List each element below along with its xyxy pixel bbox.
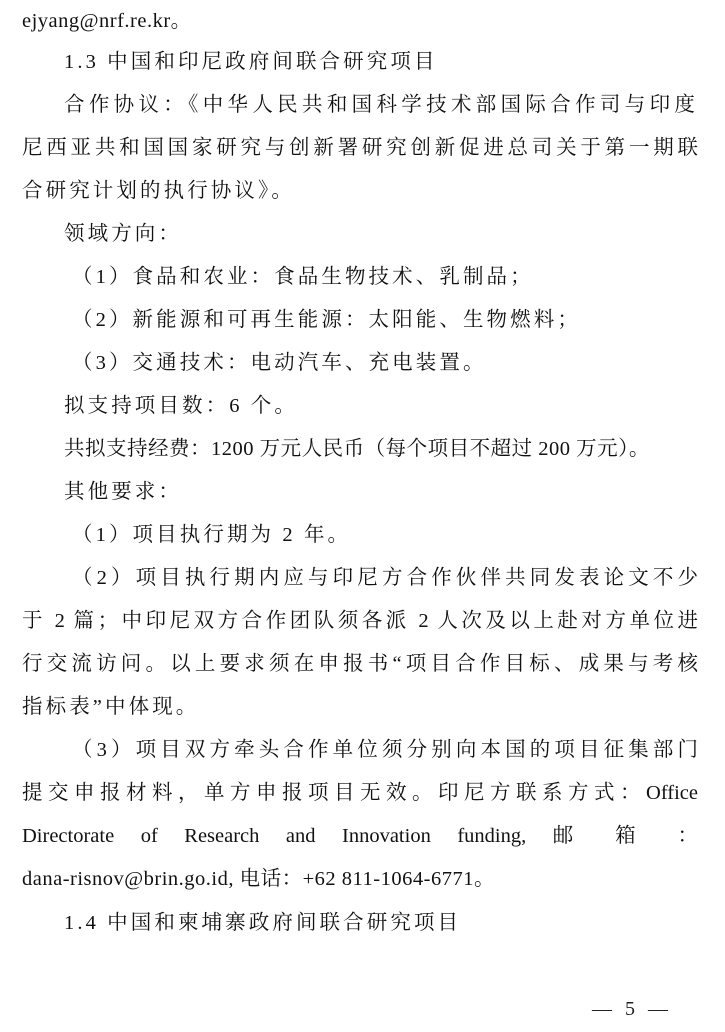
field-item-3: （3）交通技术：电动汽车、充电装置。 — [72, 342, 487, 385]
requirement-item-2-line-2: 于 2 篇；中印尼双方合作团队须各派 2 人次及以上赴对方单位进 — [22, 600, 698, 643]
agreement-paragraph-line-3: 合研究计划的执行协议》。 — [22, 170, 295, 213]
field-item-1: （1）食品和农业：食品生物技术、乳制品； — [72, 256, 534, 299]
agreement-paragraph-line-2: 尼西亚共和国国家研究与创新署研究创新促进总司关于第一期联 — [22, 127, 698, 170]
requirement-item-1: （1）项目执行期为 2 年。 — [72, 514, 351, 557]
section-heading-1-3: 1.3 中国和印尼政府间联合研究项目 — [64, 41, 438, 84]
agreement-paragraph-line-1: 合作协议：《中华人民共和国科学技术部国际合作司与印度 — [64, 84, 698, 127]
field-item-2: （2）新能源和可再生能源：太阳能、生物燃料； — [72, 299, 581, 342]
funding-line: 共拟支持经费：1200 万元人民币（每个项目不超过 200 万元）。 — [64, 428, 650, 471]
requirement-item-2-line-3: 行交流访问。以上要求须在申报书“项目合作目标、成果与考核 — [22, 643, 698, 686]
email-line: ejyang@nrf.re.kr。 — [22, 0, 192, 43]
page-number: — 5 — — [592, 994, 672, 1024]
project-count-line: 拟支持项目数：6 个。 — [64, 385, 298, 428]
other-requirements-label: 其他要求： — [64, 471, 182, 514]
requirement-item-2-line-4: 指标表”中体现。 — [22, 686, 199, 729]
requirement-item-3-line-3: Directorate of Research and Innovation f… — [22, 815, 698, 858]
requirement-item-3-line-2: 提交申报材料，单方申报项目无效。印尼方联系方式：Office — [22, 772, 698, 815]
requirement-item-2-line-1: （2）项目执行期内应与印尼方合作伙伴共同发表论文不少 — [72, 557, 698, 600]
requirement-item-3-line-1: （3）项目双方牵头合作单位须分别向本国的项目征集部门 — [72, 729, 698, 772]
contact-line: dana-risnov@brin.go.id, 电话：+62 811-1064-… — [22, 858, 495, 901]
section-heading-1-4: 1.4 中国和柬埔寨政府间联合研究项目 — [64, 902, 461, 945]
field-direction-label: 领域方向： — [64, 213, 182, 256]
